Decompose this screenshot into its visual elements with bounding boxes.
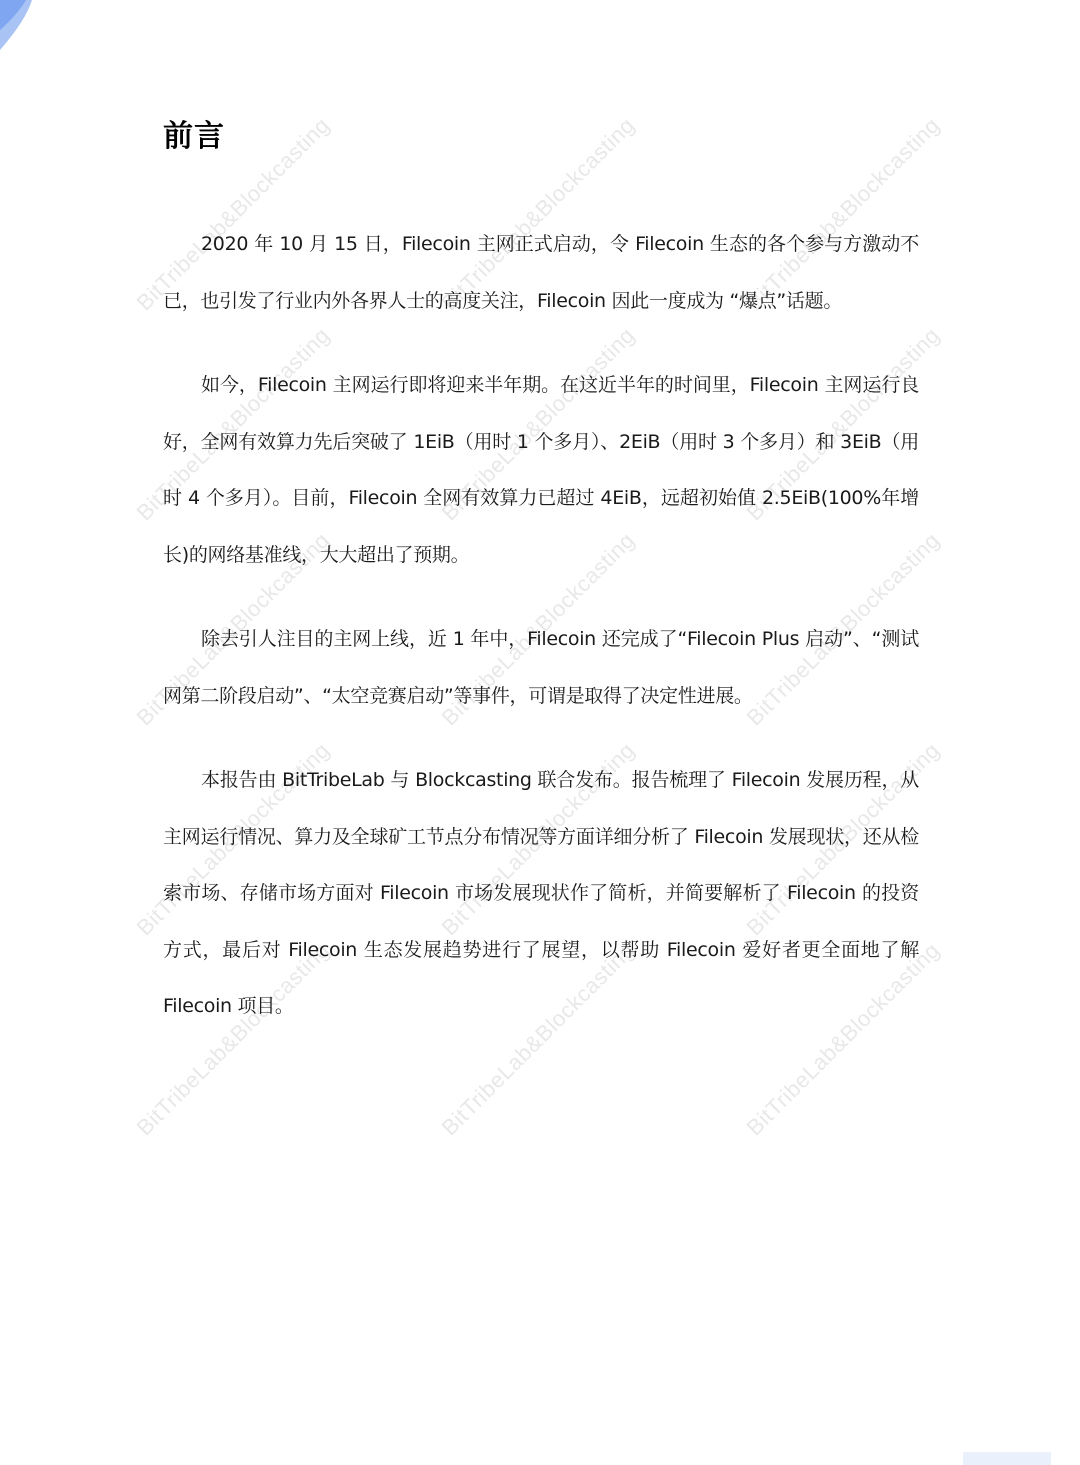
paragraph-milestones: 除去引人注目的主网上线，近 1 年中，Filecoin 还完成了“Filecoi… <box>163 611 919 724</box>
paragraph-launch: 2020 年 10 月 15 日，Filecoin 主网正式启动，令 Filec… <box>163 216 919 329</box>
page-footer-decoration <box>963 1452 1051 1465</box>
paragraph-report-summary: 本报告由 BitTribeLab 与 Blockcasting 联合发布。报告梳… <box>163 752 919 1035</box>
page-title: 前言 <box>163 110 919 164</box>
corner-decoration <box>0 0 40 60</box>
document-page: 前言 2020 年 10 月 15 日，Filecoin 主网正式启动，令 Fi… <box>163 110 919 1063</box>
paragraph-mainnet-status: 如今，Filecoin 主网运行即将迎来半年期。在这近半年的时间里，Fileco… <box>163 357 919 583</box>
